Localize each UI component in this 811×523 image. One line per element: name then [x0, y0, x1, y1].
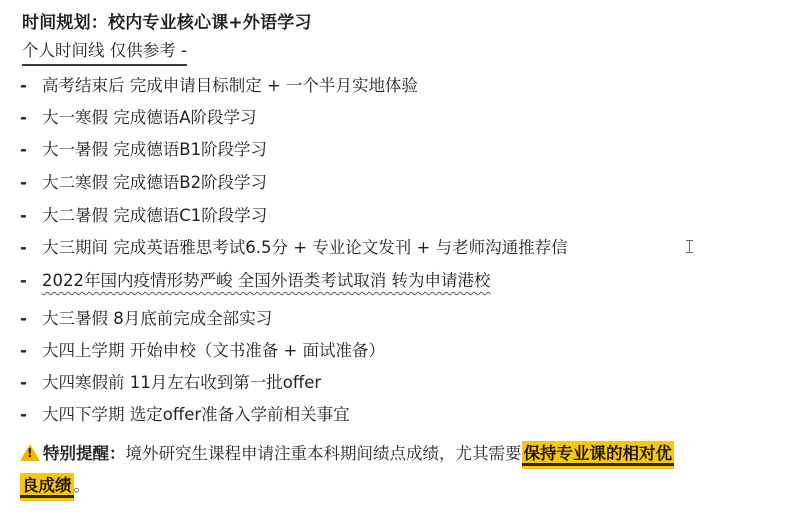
bullet-dash: -: [20, 74, 42, 98]
list-item: -大三暑假 8月底前完成全部实习: [20, 307, 272, 331]
bullet-dash: -: [20, 339, 42, 363]
bullet-dash: -: [20, 171, 42, 195]
highlighted-text: 保持专业课的相对优: [522, 444, 675, 466]
note-text: 境外研究生课程申请注重本科期间绩点成绩，尤其需要: [126, 444, 522, 463]
list-item: -大四寒假前 11月左右收到第一批offer: [20, 371, 321, 395]
list-item-highlighted: -2022年国内疫情形势严峻 全国外语类考试取消 转为申请港校: [20, 269, 490, 293]
bullet-dash: -: [20, 269, 42, 293]
list-item: -大一寒假 完成德语A阶段学习: [20, 106, 257, 130]
page-subtitle: 个人时间线 仅供参考 -: [22, 41, 187, 66]
list-item-text: 大四上学期 开始申校（文书准备 + 面试准备）: [42, 341, 385, 360]
list-item-text: 大三期间 完成英语雅思考试6.5分 + 专业论文发刊 + 与老师沟通推荐信: [42, 238, 568, 257]
bullet-dash: -: [20, 403, 42, 427]
list-item-text: 大四寒假前 11月左右收到第一批offer: [42, 373, 321, 392]
warning-icon: !: [20, 444, 40, 461]
list-item: -大二寒假 完成德语B2阶段学习: [20, 171, 267, 195]
list-item: -大四下学期 选定offer准备入学前相关事宜: [20, 403, 350, 427]
list-item-text: 大三暑假 8月底前完成全部实习: [42, 309, 272, 328]
note-label: 特别提醒：: [43, 444, 126, 463]
list-item-text: 大二暑假 完成德语C1阶段学习: [42, 206, 267, 225]
list-item: -大三期间 完成英语雅思考试6.5分 + 专业论文发刊 + 与老师沟通推荐信: [20, 236, 568, 260]
list-item-text-wavy-underline: 2022年国内疫情形势严峻 全国外语类考试取消 转为申请港校: [42, 271, 490, 290]
list-item: -大二暑假 完成德语C1阶段学习: [20, 204, 267, 228]
list-item-text: 大一寒假 完成德语A阶段学习: [42, 108, 257, 127]
list-item: -大四上学期 开始申校（文书准备 + 面试准备）: [20, 339, 385, 363]
page-title: 时间规划：校内专业核心课+外语学习: [22, 8, 312, 33]
note-end-punctuation: 。: [74, 476, 91, 495]
list-item: -大一暑假 完成德语B1阶段学习: [20, 138, 267, 162]
bullet-dash: -: [20, 307, 42, 331]
document-page: 时间规划：校内专业核心课+外语学习 个人时间线 仅供参考 - -高考结束后 完成…: [0, 0, 811, 523]
bullet-dash: -: [20, 236, 42, 260]
list-item-text: 高考结束后 完成申请目标制定 + 一个半月实地体验: [42, 76, 418, 95]
list-item: -高考结束后 完成申请目标制定 + 一个半月实地体验: [20, 74, 418, 98]
list-item-text: 大二寒假 完成德语B2阶段学习: [42, 173, 267, 192]
list-item-text: 大四下学期 选定offer准备入学前相关事宜: [42, 405, 350, 424]
bullet-dash: -: [20, 138, 42, 162]
highlighted-text-continued: 良成绩: [20, 476, 74, 498]
bullet-dash: -: [20, 371, 42, 395]
special-reminder-note: !特别提醒：境外研究生课程申请注重本科期间绩点成绩，尤其需要保持专业课的相对优良…: [20, 438, 780, 502]
list-item-text: 大一暑假 完成德语B1阶段学习: [42, 140, 267, 159]
bullet-dash: -: [20, 106, 42, 130]
bullet-dash: -: [20, 204, 42, 228]
text-cursor-icon: [686, 240, 693, 253]
